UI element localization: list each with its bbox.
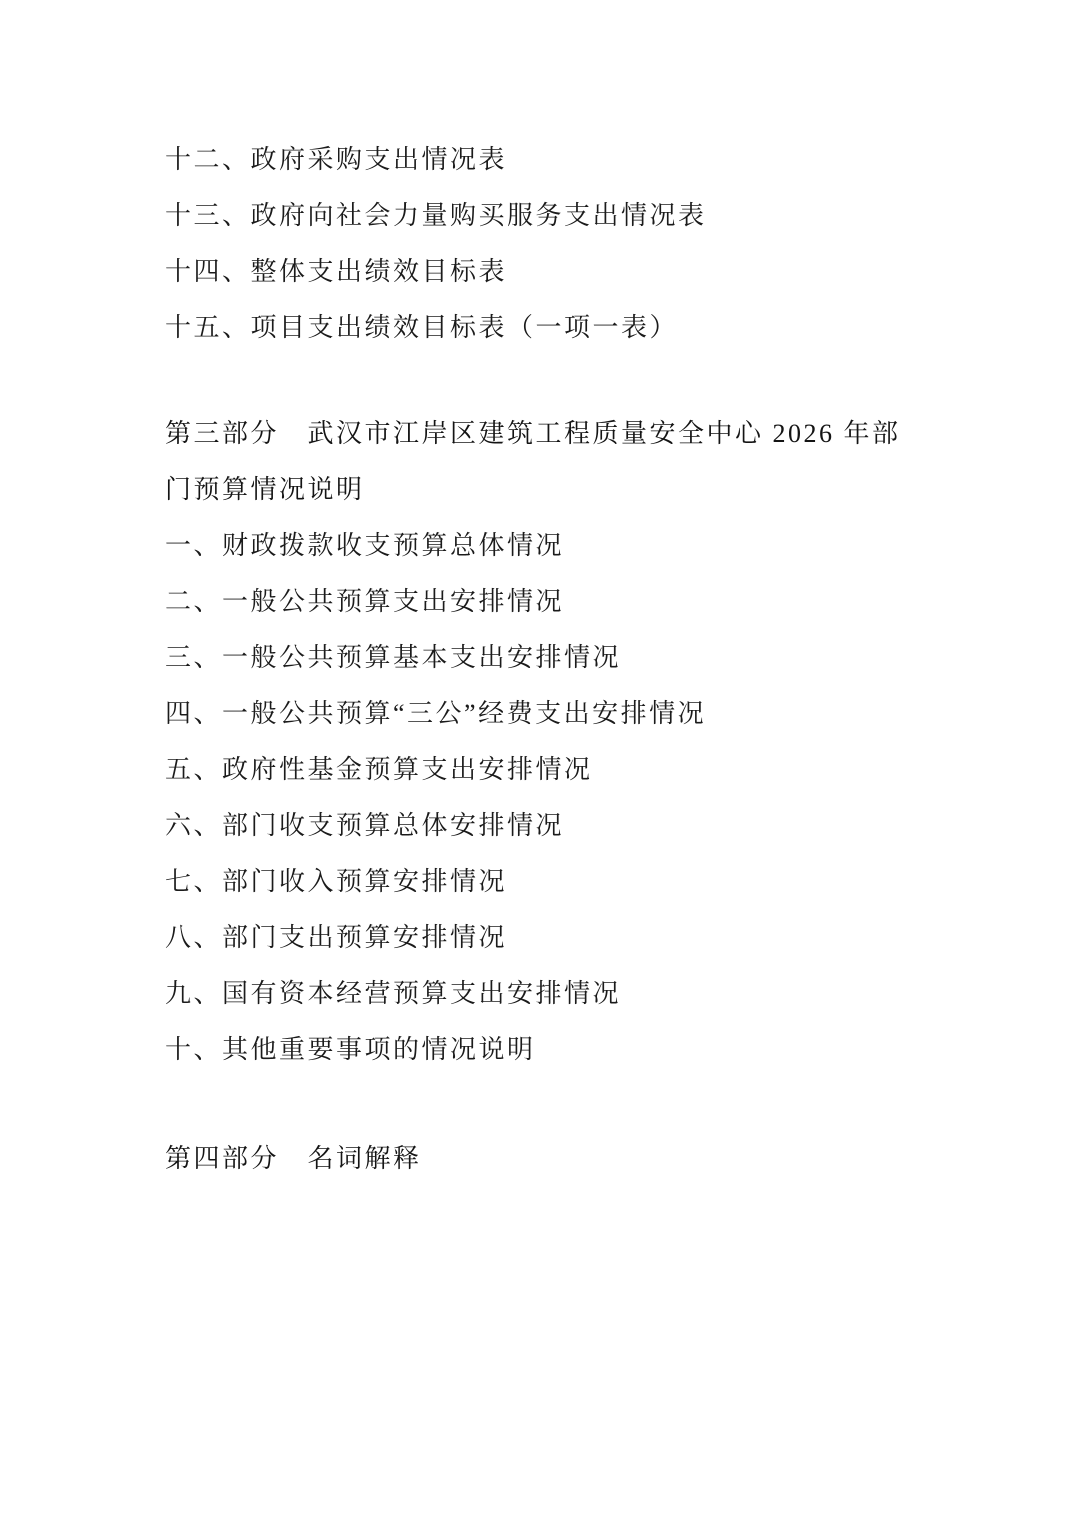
part3-item-5: 五、政府性基金预算支出安排情况 [165,742,911,798]
part3-item-7: 七、部门收入预算安排情况 [165,854,911,910]
part4-heading: 第四部分 名词解释 [165,1131,911,1187]
part3-heading-line1: 第三部分 武汉市江岸区建筑工程质量安全中心 2026 年部 [165,406,911,462]
part3-item-2: 二、一般公共预算支出安排情况 [165,574,911,630]
part3-heading-line2: 门预算情况说明 [165,462,911,518]
part3-item-6: 六、部门收支预算总体安排情况 [165,798,911,854]
document-content: 十二、政府采购支出情况表 十三、政府向社会力量购买服务支出情况表 十四、整体支出… [165,132,911,1187]
toc-item-15: 十五、项目支出绩效目标表（一项一表） [165,300,911,356]
part3-item-9: 九、国有资本经营预算支出安排情况 [165,966,911,1022]
blank-line [165,1078,911,1131]
part3-item-4: 四、一般公共预算“三公”经费支出安排情况 [165,686,911,742]
part3-item-1: 一、财政拨款收支预算总体情况 [165,518,911,574]
toc-item-14: 十四、整体支出绩效目标表 [165,244,911,300]
toc-item-12: 十二、政府采购支出情况表 [165,132,911,188]
part3-item-10: 十、其他重要事项的情况说明 [165,1022,911,1078]
part3-item-3: 三、一般公共预算基本支出安排情况 [165,630,911,686]
document-page: 十二、政府采购支出情况表 十三、政府向社会力量购买服务支出情况表 十四、整体支出… [0,0,1074,1520]
part3-item-8: 八、部门支出预算安排情况 [165,910,911,966]
toc-item-13: 十三、政府向社会力量购买服务支出情况表 [165,188,911,244]
blank-line [165,356,911,406]
